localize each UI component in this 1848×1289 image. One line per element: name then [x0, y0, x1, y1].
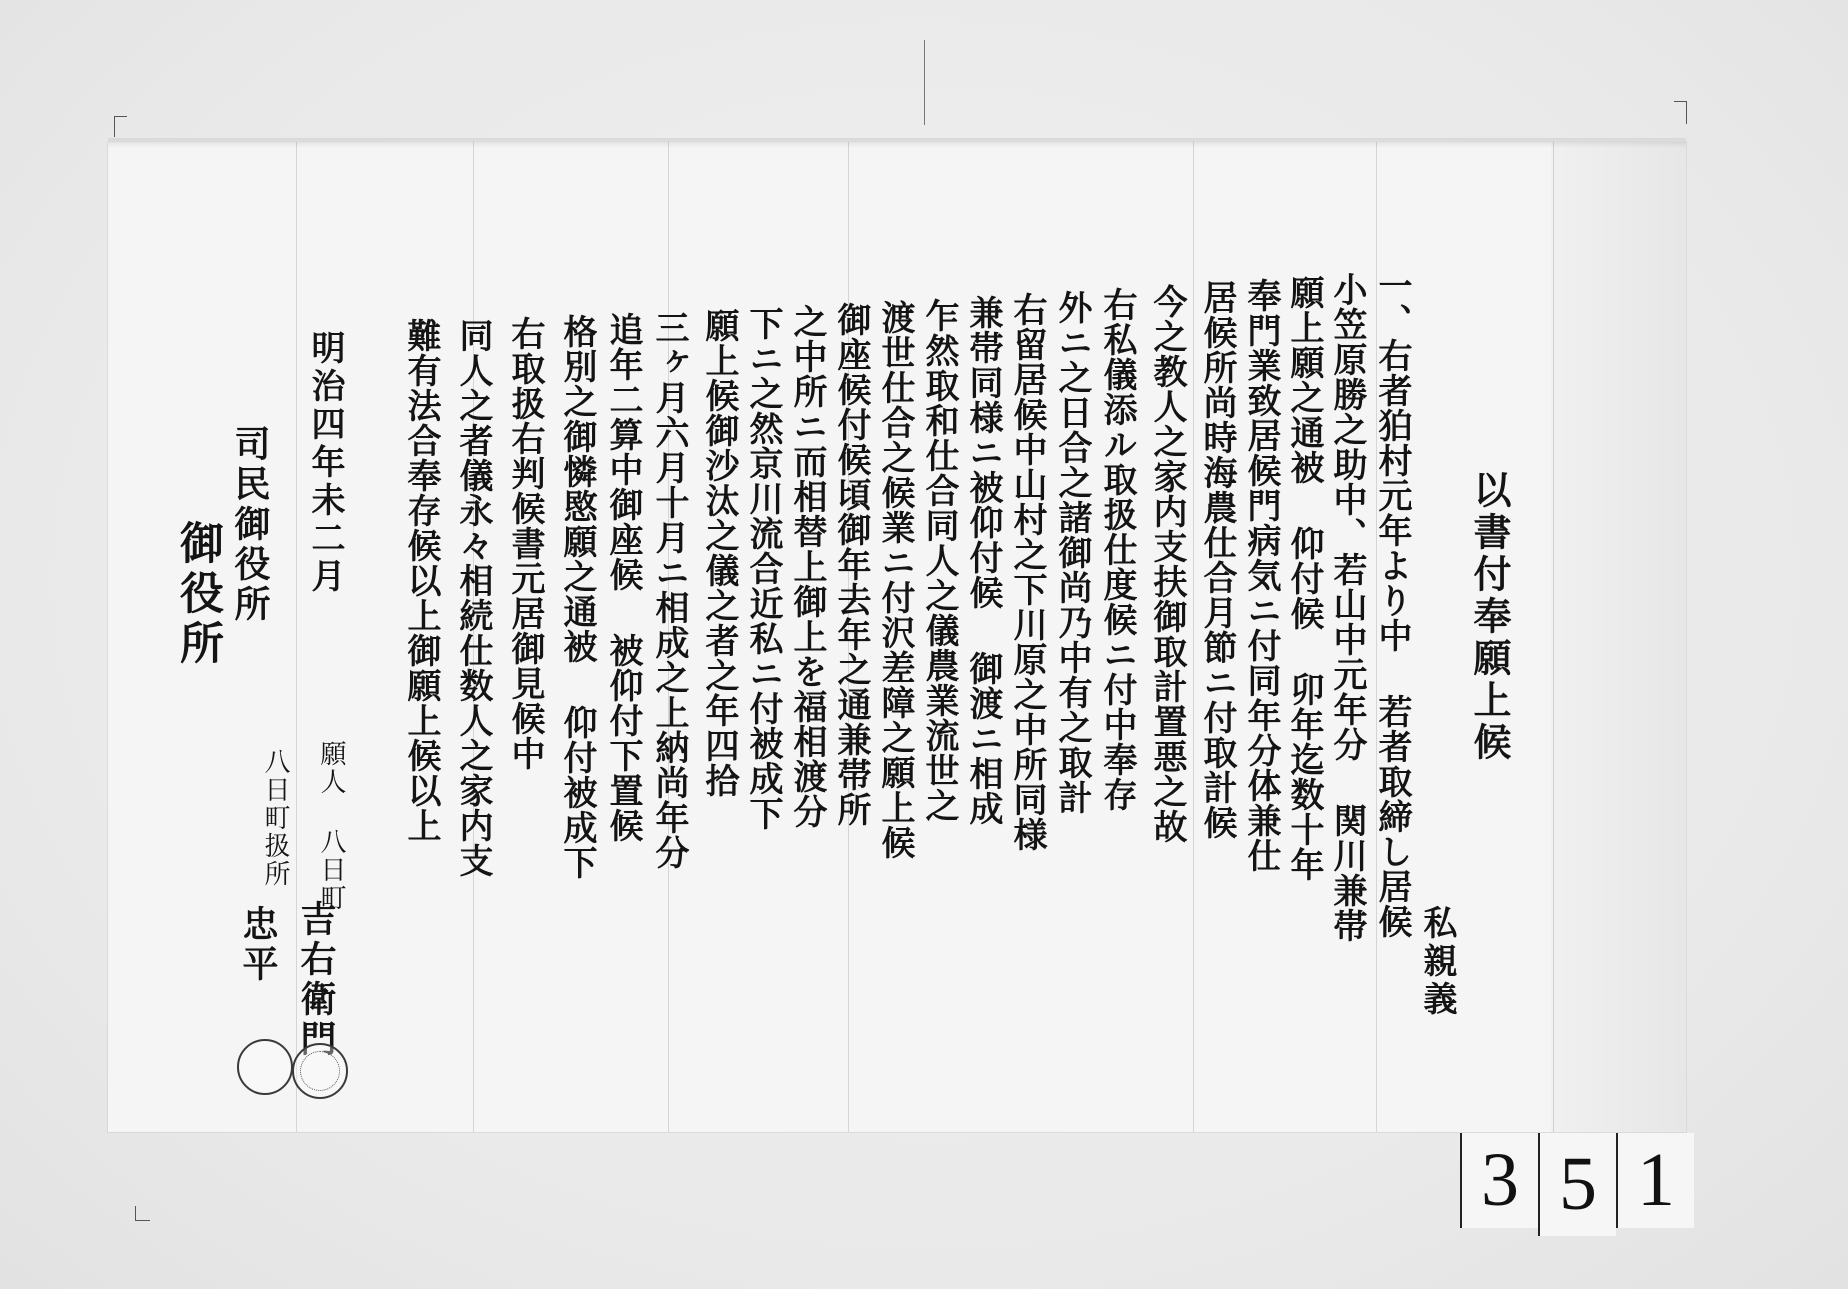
body-column-9: 右留居候中山村之下川原之中所同様: [1010, 292, 1044, 852]
body-column-15: 下ニ之然京川流合近私ニ付被成下: [746, 306, 780, 831]
signatory-name-2: 忠平: [240, 905, 276, 985]
body-column-11: 乍然取和仕合同人之儀農業流世之: [922, 298, 956, 823]
scanner-mark: [924, 40, 925, 125]
body-column-8: 外ニ之日合之諸御尚乃中有之取計: [1055, 290, 1089, 815]
archive-number-tag: 3 5 1: [1460, 1133, 1694, 1245]
body-column-18: 追年二算中御座候 被仰付下置候: [606, 312, 640, 843]
addressee-line-1: 司民御役所: [232, 425, 268, 625]
body-column-4: 奉門業致居候門病気ニ付同年分体兼仕: [1244, 278, 1278, 873]
archive-digit: 3: [1460, 1133, 1538, 1228]
archive-digit: 1: [1616, 1133, 1694, 1228]
opening-phrase: 私親義: [1420, 905, 1454, 1019]
body-column-20: 右取扱右判候書元居御見候中: [508, 316, 542, 771]
addressee-line-2: 御役所: [175, 520, 219, 670]
body-column-6: 今之教人之家内支扶御取計置悪之故: [1150, 284, 1184, 844]
document-title: 以書付奉願上候: [1470, 470, 1508, 764]
seal-stamp-2: [292, 1043, 348, 1099]
office-label: 八日町扱所: [262, 748, 288, 888]
body-column-12: 渡世仕合之候業ニ付沢差障之願上候: [878, 300, 912, 860]
fold-line: [1193, 142, 1194, 1132]
body-column-1: 一、右者狛村元年より中 若者取締し居候: [1375, 268, 1409, 939]
archive-digit: 5: [1538, 1133, 1616, 1236]
body-column-14: 之中所ニ而相替上御上を福相渡分: [790, 304, 824, 829]
seal-stamp-1: [237, 1039, 293, 1095]
signatory-name-1: 吉右衛門: [298, 900, 334, 1060]
body-column-16: 願上候御沙汰之儀之者之年四拾: [702, 308, 736, 798]
body-column-2: 小笠原勝之助中、若山中元年分 関川兼帯: [1330, 272, 1364, 943]
body-column-10: 兼帯同様ニ被仰付候 御渡ニ相成: [966, 295, 1000, 826]
body-column-5: 居候所尚時海農仕合月節ニ付取計候: [1200, 280, 1234, 840]
paper-shading: [1551, 142, 1686, 1132]
body-column-17: 三ヶ月六月十月ニ相成之上納尚年分: [652, 310, 686, 870]
document-date: 明治四年未二月: [308, 330, 342, 596]
corner-crop-mark-bottom-left: [135, 1206, 150, 1221]
corner-crop-mark-top-left: [114, 116, 127, 137]
body-column-13: 御座候付候頃御年去年之通兼帯所: [834, 302, 868, 827]
corner-crop-mark-top-right: [1674, 101, 1687, 124]
petitioner-label: 願人 八日町: [318, 740, 344, 912]
body-column-7: 右私儀添ル取扱仕度候ニ付中奉存: [1100, 287, 1134, 812]
body-column-21: 同人之者儀永々相続仕数人之家内支: [456, 318, 490, 878]
body-column-19: 格別之御憐愍願之通被 仰付被成下: [560, 314, 594, 880]
body-column-22: 難有法合奉存候以上御願上候以上: [404, 318, 438, 843]
body-column-3: 願上願之通被 仰付候 卯年迄数十年: [1287, 275, 1321, 882]
